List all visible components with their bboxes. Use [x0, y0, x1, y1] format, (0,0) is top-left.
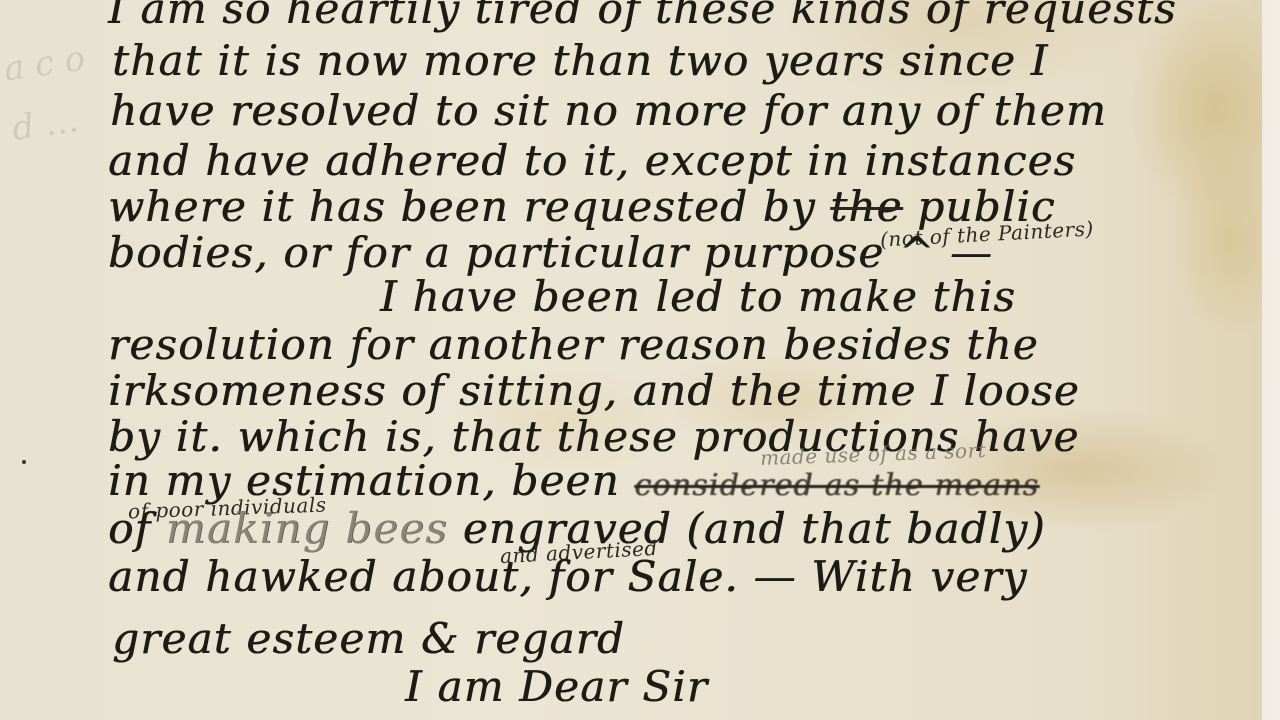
line-11-struck-phrase: considered as the means [634, 468, 1039, 503]
letter-line-6: bodies, or for a particular purpose ^ — [108, 228, 993, 277]
letter-line-13: and hawked about, for Sale. — With very [108, 552, 1028, 601]
letter-line-7: I have been led to make this [380, 272, 1016, 321]
letter-line-14-closing: great esteem & regard [112, 614, 625, 663]
letter-line-5: where it has been requested by the publi… [108, 182, 1056, 231]
ink-dot [22, 460, 26, 464]
letter-paper: a c o d … I am so heartily tired of thes… [0, 0, 1262, 720]
line-12-text-before: of [108, 504, 151, 553]
letter-line-9: irksomeness of sitting, and the time I l… [108, 366, 1080, 415]
letter-line-1: I am so heartily tired of these kinds of… [108, 0, 1177, 33]
line-12-faded-words: making bees [166, 504, 448, 553]
letter-line-3: have resolved to sit no more for any of … [110, 86, 1107, 135]
letter-line-8: resolution for another reason besides th… [108, 320, 1039, 369]
letter-line-2: that it is now more than two years since… [112, 36, 1048, 85]
line-5-struck-word: the [830, 182, 902, 231]
letter-viewport: a c o d … I am so heartily tired of thes… [0, 0, 1280, 720]
line-5-text-before: where it has been requested by [108, 182, 816, 231]
page-edge [1262, 0, 1280, 720]
letter-line-4: and have adhered to it, except in instan… [108, 136, 1076, 185]
letter-line-15-salutation: I am Dear Sir [405, 662, 708, 711]
